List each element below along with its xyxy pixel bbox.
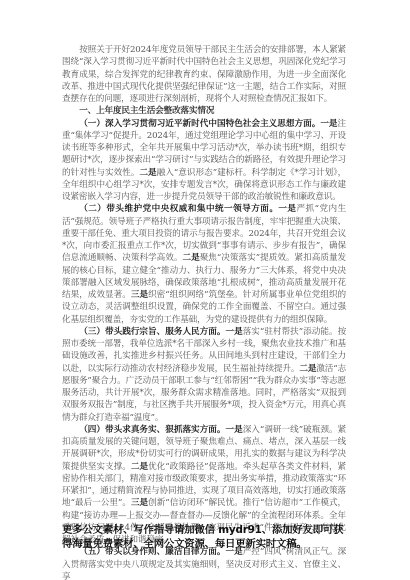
section-title: 一、上年度民主生活会整改落实情况 bbox=[62, 105, 346, 117]
point-lead: 一是 bbox=[225, 425, 242, 435]
promo-banner: 更多公文素材、写作指导请加微信 mydr91、添加好友即可获得海量免费素材、全网… bbox=[62, 523, 352, 551]
item-3-paragraph: （三）带头践行宗旨、服务人民方面。一是落实“驻村帮扶”添动能。按照市委统一部署，… bbox=[62, 326, 346, 424]
point-lead: 一是 bbox=[320, 119, 337, 129]
point-lead: 二是 bbox=[131, 462, 148, 472]
item-heading: （四）带头求真务实、狠抓落实方面。 bbox=[79, 425, 225, 435]
point-lead: 三是 bbox=[131, 290, 148, 300]
point-lead: 一是 bbox=[278, 204, 296, 214]
document-body: 按照关于开好2024年度党员领导干部民主生活会的安排部署，本人紧紧围绕“深入学习… bbox=[62, 44, 346, 580]
point-lead: 一是 bbox=[225, 327, 242, 337]
point-lead: 二是 bbox=[182, 253, 199, 263]
item-heading: （一）深入学习贯彻习近平新时代中国特色社会主义思想方面。 bbox=[79, 119, 320, 129]
point-lead: 二是 bbox=[299, 364, 316, 374]
item-heading: （三）带头践行宗旨、服务人民方面。 bbox=[79, 327, 225, 337]
item-heading: （二）带头维护党中央权威和集中统一领导方面。 bbox=[79, 204, 278, 214]
point-lead: 三是 bbox=[131, 498, 148, 508]
item-2-paragraph: （二）带头维护党中央权威和集中统一领导方面。一是严抓“党内生活”强规范。领导班子… bbox=[62, 203, 346, 326]
intro-paragraph: 按照关于开好2024年度党员领导干部民主生活会的安排部署，本人紧紧围绕“深入学习… bbox=[62, 44, 346, 105]
item-1-paragraph: （一）深入学习贯彻习近平新时代中国特色社会主义思想方面。一是注重“集体学习”促提… bbox=[62, 118, 346, 204]
point-lead: 二是 bbox=[139, 168, 156, 178]
item-5-paragraph: （五）带头以身作则、廉洁自律方面。一是严控“四风”树清风正气。深入贯彻落实党中央… bbox=[62, 546, 346, 580]
